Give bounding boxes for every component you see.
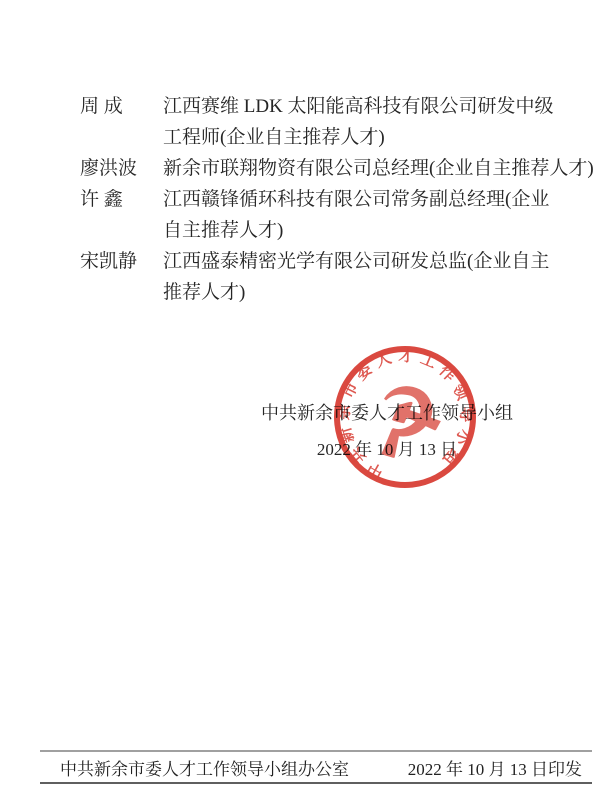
person-name: 宋凯静 bbox=[80, 246, 163, 277]
description-line: 江西赣锋循环科技有限公司常务副总经理(企业 bbox=[163, 184, 550, 215]
description-line: 江西盛泰精密光学有限公司研发总监(企业自主 bbox=[163, 246, 550, 277]
list-item: 宋凯静 江西盛泰精密光学有限公司研发总监(企业自主 推荐人才) bbox=[80, 246, 550, 308]
person-name: 许 鑫 bbox=[80, 184, 163, 215]
footer-print-date: 2022 年 10 月 13 日印发 bbox=[408, 755, 582, 780]
person-description: 江西盛泰精密光学有限公司研发总监(企业自主 推荐人才) bbox=[163, 246, 550, 308]
person-description: 新余市联翔物资有限公司总经理(企业自主推荐人才) bbox=[163, 153, 594, 184]
description-line: 自主推荐人才) bbox=[163, 215, 550, 246]
person-name: 周 成 bbox=[80, 91, 163, 122]
issuing-organization: 中共新余市委人才工作领导小组 bbox=[260, 402, 514, 424]
document-page: 周 成 江西赛维 LDK 太阳能高科技有限公司研发中级 工程师(企业自主推荐人才… bbox=[0, 0, 600, 800]
list-item: 许 鑫 江西赣锋循环科技有限公司常务副总经理(企业 自主推荐人才) bbox=[80, 184, 550, 246]
list-item: 周 成 江西赛维 LDK 太阳能高科技有限公司研发中级 工程师(企业自主推荐人才… bbox=[80, 91, 550, 153]
description-line: 江西赛维 LDK 太阳能高科技有限公司研发中级 bbox=[163, 91, 554, 122]
talent-list: 周 成 江西赛维 LDK 太阳能高科技有限公司研发中级 工程师(企业自主推荐人才… bbox=[80, 91, 550, 308]
signature-date: 2022 年 10 月 13 日 bbox=[260, 439, 514, 461]
person-description: 江西赣锋循环科技有限公司常务副总经理(企业 自主推荐人才) bbox=[163, 184, 550, 246]
description-line: 推荐人才) bbox=[163, 277, 550, 308]
description-line: 工程师(企业自主推荐人才) bbox=[163, 122, 554, 153]
list-item: 廖洪波 新余市联翔物资有限公司总经理(企业自主推荐人才) bbox=[80, 153, 550, 184]
person-description: 江西赛维 LDK 太阳能高科技有限公司研发中级 工程师(企业自主推荐人才) bbox=[163, 91, 554, 153]
footer-imprint: 中共新余市委人才工作领导小组办公室 2022 年 10 月 13 日印发 bbox=[40, 750, 592, 784]
person-name: 廖洪波 bbox=[80, 153, 163, 184]
footer-issuer: 中共新余市委人才工作领导小组办公室 bbox=[60, 755, 349, 780]
signature-block: 中共新余市委人才工作领导小组 2022 年 10 月 13 日 bbox=[260, 402, 514, 461]
description-line: 新余市联翔物资有限公司总经理(企业自主推荐人才) bbox=[163, 153, 594, 184]
